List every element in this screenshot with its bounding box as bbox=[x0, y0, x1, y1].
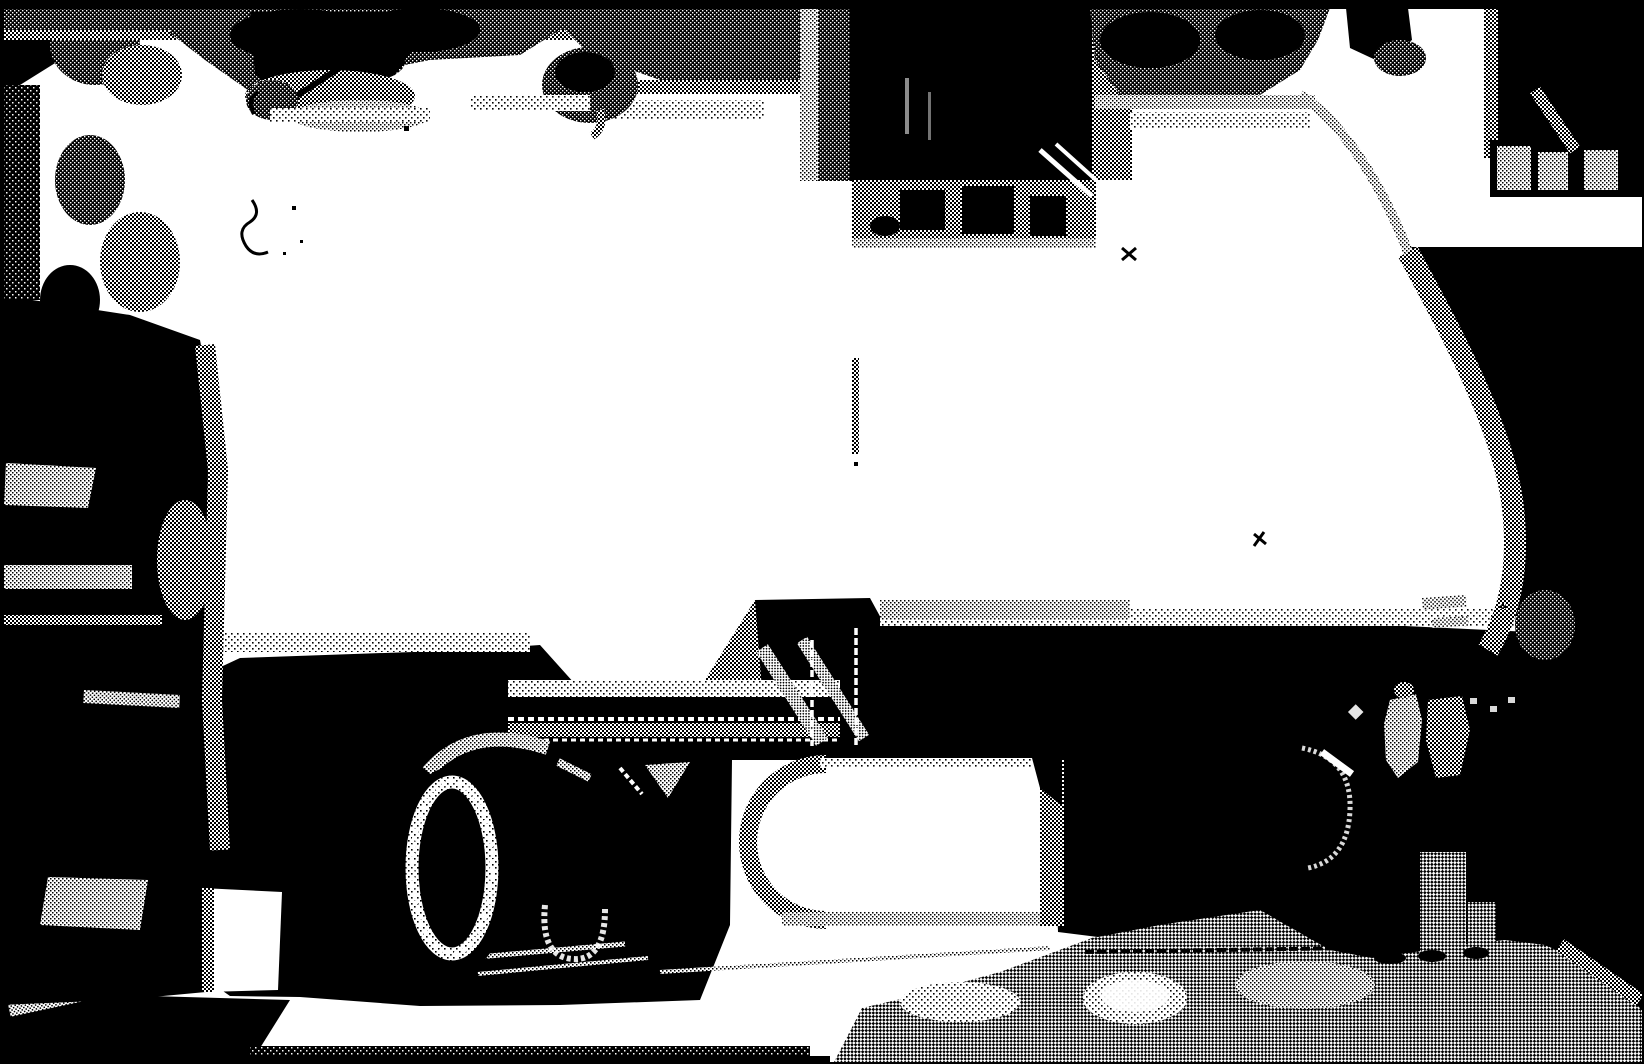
white-cylinder: white cylindrical vessel lying under the… bbox=[740, 758, 1064, 926]
photo-figure: Heavily dithered black-and-white halfton… bbox=[0, 0, 1644, 1064]
doorway: dark doorway opening of building, top ce… bbox=[800, 9, 1132, 181]
halftone-photo: Heavily dithered black-and-white halfton… bbox=[0, 0, 1644, 1064]
